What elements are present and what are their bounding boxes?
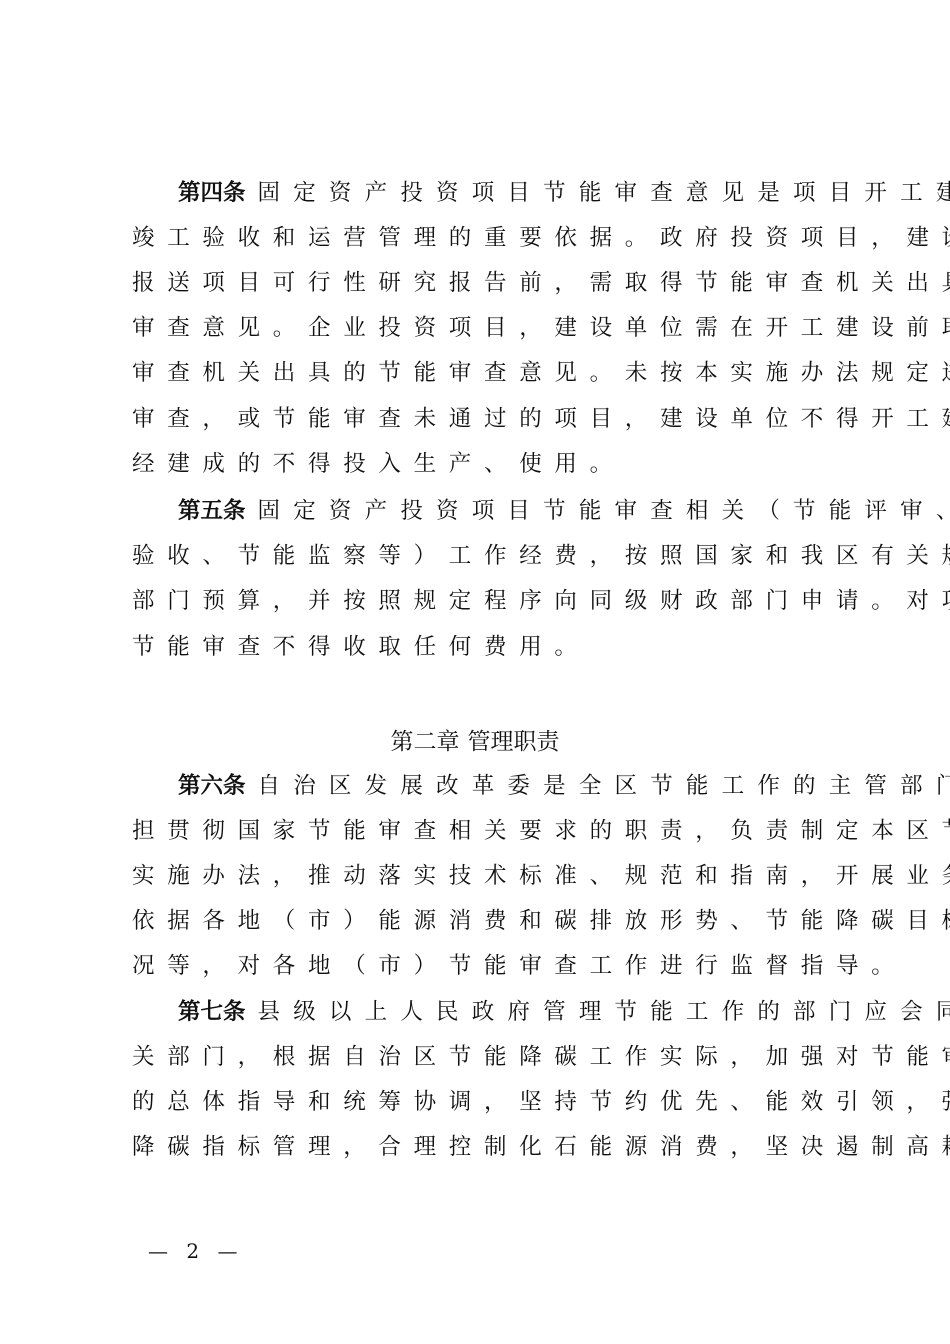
article-5-line-4: 节能审查不得收取任何费用。 — [132, 625, 823, 670]
article-7-line-1: 第七条县级以上人民政府管理节能工作的部门应会同有 — [178, 990, 823, 1035]
article-5-line-2: 验收、节能监察等）工作经费，按照国家和我区有关规定纳入 — [132, 534, 823, 579]
article-5-label: 第五条 — [178, 498, 246, 524]
article-4-line-3: 报送项目可行性研究报告前，需取得节能审查机关出具的节能 — [132, 261, 823, 306]
article-4-line-7: 经建成的不得投入生产、使用。 — [132, 442, 823, 487]
article-4-line-1: 第四条固定资产投资项目节能审查意见是项目开工建设、 — [178, 171, 823, 216]
article-6-line-3: 实施办法，推动落实技术标准、规范和指南，开展业务培训， — [132, 854, 823, 899]
article-7-line-4: 降碳指标管理，合理控制化石能源消费，坚决遏制高耗能、高 — [132, 1125, 823, 1170]
chapter-number: 第二章 — [391, 729, 460, 755]
page-number: — 2 — — [148, 1236, 243, 1266]
article-6-label: 第六条 — [178, 773, 246, 799]
chapter-heading: 第二章管理职责 — [0, 720, 950, 765]
article-7-line-2: 关部门，根据自治区节能降碳工作实际，加强对节能审查工作 — [132, 1035, 823, 1080]
article-4-label: 第四条 — [178, 180, 246, 206]
article-5-line-1: 第五条固定资产投资项目节能审查相关（节能评审、节能 — [178, 489, 823, 534]
article-6-line-4: 依据各地（市）能源消费和碳排放形势、节能降碳目标完成情 — [132, 899, 823, 944]
article-4-line-6: 审查，或节能审查未通过的项目，建设单位不得开工建设，已 — [132, 397, 823, 442]
article-6-line-5: 况等，对各地（市）节能审查工作进行监督指导。 — [132, 944, 823, 989]
article-6-line-1: 第六条自治区发展改革委是全区节能工作的主管部门，承 — [178, 764, 823, 809]
chapter-title: 管理职责 — [468, 729, 560, 755]
article-7-line-3: 的总体指导和统筹协调，坚持节约优先、能效引领，强化节能 — [132, 1080, 823, 1125]
article-5-line-3: 部门预算，并按照规定程序向同级财政部门申请。对项目进行 — [132, 579, 823, 624]
article-4-line-2: 竣工验收和运营管理的重要依据。政府投资项目，建设单位在 — [132, 216, 823, 261]
article-7-label: 第七条 — [178, 999, 246, 1025]
article-4-line-5: 审查机关出具的节能审查意见。未按本实施办法规定进行节能 — [132, 351, 823, 396]
article-6-line-2: 担贯彻国家节能审查相关要求的职责，负责制定本区节能审查 — [132, 809, 823, 854]
article-4-line-4: 审查意见。企业投资项目，建设单位需在开工建设前取得节能 — [132, 306, 823, 351]
